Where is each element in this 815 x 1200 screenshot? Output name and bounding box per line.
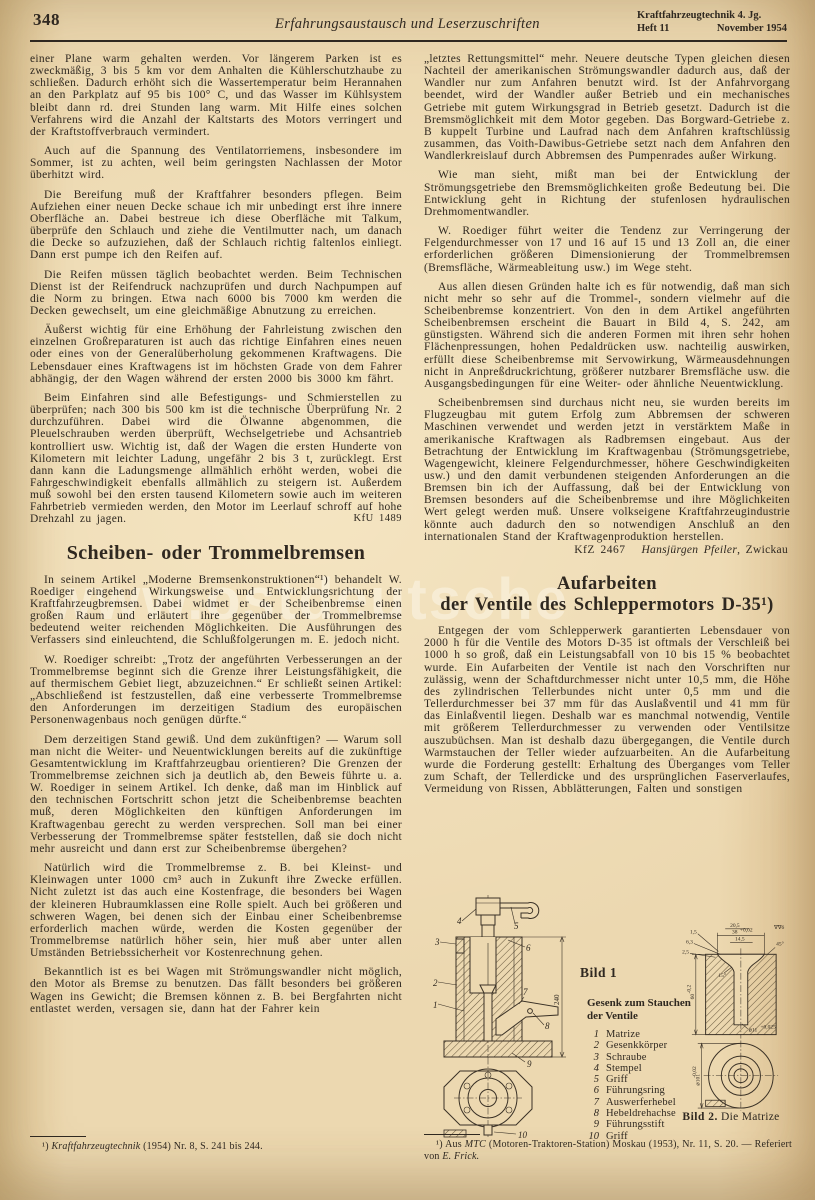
figure-block: 4 5 3 2 1 6 — [424, 893, 794, 1140]
paragraph: Die Reifen müssen täglich beobachtet wer… — [30, 269, 402, 318]
section-heading-brakes: Scheiben- oder Trommelbremsen — [30, 542, 402, 564]
paragraph: W. Roediger führt weiter die Tendenz zur… — [424, 225, 790, 274]
dim-240: 240 — [553, 994, 561, 1005]
callout-9: 9 — [527, 1059, 532, 1069]
column-right: „letztes Rettungsmittel“ mehr. Neuere de… — [424, 53, 790, 802]
legend-item: 6Führungsring — [584, 1085, 676, 1096]
author-city: , Zwickau — [737, 544, 788, 556]
author-name: Hansjürgen Pfeiler — [641, 544, 737, 556]
paragraph: Äußerst wichtig für eine Erhöhung der Fa… — [30, 324, 402, 385]
dim-60: 60 — [690, 994, 696, 1000]
surface-finish-mark: ∇∇6 — [773, 925, 784, 931]
callout-2: 2 — [433, 978, 438, 988]
dim-38: 38 — [732, 930, 738, 936]
footnote-right: ¹) Aus MTC (Motoren-Traktoren-Station) M… — [424, 1134, 792, 1163]
paragraph: Bekanntlich ist es bei Wagen mit Strömun… — [30, 966, 402, 1015]
legend-item: 7Auswerferhebel — [584, 1097, 676, 1108]
journal-page-scan: 348 Erfahrungsaustausch und Leserzuschri… — [0, 0, 815, 1200]
dim-6-3: 6,3 — [686, 940, 693, 946]
article-code-kfz: KfZ 2467 — [574, 544, 625, 556]
heading-line-2: der Ventile des Schleppermotors D-35¹) — [424, 595, 790, 616]
paragraph: Aus allen diesen Gründen halte ich es fü… — [424, 281, 790, 390]
dim-1-5: 1,5 — [690, 930, 697, 936]
legend-item: 2Gesenkkörper — [584, 1040, 676, 1051]
callout-4: 4 — [457, 916, 462, 926]
paragraph: „letztes Rettungsmittel“ mehr. Neuere de… — [424, 53, 790, 162]
dim-bore-tol: +0,025 — [760, 1025, 776, 1031]
paragraph: Die Bereifung muß der Kraftfahrer besond… — [30, 189, 402, 262]
heading-line-1: Aufarbeiten — [424, 574, 790, 595]
paragraph: In seinem Artikel „Moderne Bremsenkonstr… — [30, 574, 402, 647]
legend-item: 4Stempel — [584, 1063, 676, 1074]
dim-20-5: 20,5 — [730, 923, 740, 929]
callout-1: 1 — [433, 1000, 438, 1010]
paragraph: Entgegen der vom Schlepperwerk garantier… — [424, 625, 790, 795]
header-rule — [30, 40, 787, 42]
bild2-caption: Bild 2. Die Matrize — [668, 1111, 794, 1123]
dim-15deg: 15° — [718, 972, 726, 979]
paragraph: Auch auf die Spannung des Ventilatorriem… — [30, 145, 402, 181]
footnote-rule — [424, 1134, 480, 1135]
paragraph: Scheibenbremsen sind durchaus nicht neu,… — [424, 397, 790, 543]
dim-101-tol: -0,02 — [692, 1066, 698, 1078]
footnote-rule — [30, 1136, 86, 1137]
callout-6: 6 — [526, 943, 531, 953]
legend-item: 1Matrize — [584, 1029, 676, 1040]
callout-8: 8 — [545, 1021, 550, 1031]
dim-2-5: 2,5 — [682, 949, 689, 955]
dim-14-5: 14,5 — [735, 937, 745, 943]
issue-date: November 1954 — [717, 22, 787, 35]
paragraph: W. Roediger schreibt: „Trotz der angefüh… — [30, 654, 402, 727]
journal-name: Kraftfahrzeugtechnik 4. Jg. — [637, 9, 787, 22]
signature-line: KfZ 2467Hansjürgen Pfeiler, Zwickau — [424, 544, 788, 556]
paragraph: Wie man sieht, mißt man bei der Entwickl… — [424, 169, 790, 218]
footnote-left: ¹) Kraftfahrzeugtechnik (1954) Nr. 8, S.… — [30, 1136, 402, 1153]
legend-item: 5Griff — [584, 1074, 676, 1085]
dim-bore: ⌀11 — [749, 1028, 758, 1034]
dim-38-tol: +0,02 — [740, 927, 753, 933]
paragraph: Natürlich wird die Trommelbremse z. B. b… — [30, 862, 402, 959]
issue-info: Kraftfahrzeugtechnik 4. Jg. Heft 11 Nove… — [637, 9, 787, 35]
bild1-label: Bild 1 — [580, 965, 617, 981]
figure-legend: 1Matrize 2Gesenkkörper 3Schraube 4Stempe… — [584, 1029, 676, 1142]
legend-item: 8Hebeldrehachse — [584, 1108, 676, 1119]
paragraph: Dem derzeitigen Stand gewiß. Und dem zuk… — [30, 734, 402, 856]
section-heading-valves: Aufarbeiten der Ventile des Schleppermot… — [424, 574, 790, 616]
issue-number: Heft 11 — [637, 22, 669, 35]
bild1-drawing: 4 5 3 2 1 6 — [424, 893, 572, 1140]
callout-3: 3 — [434, 937, 440, 947]
callout-7: 7 — [523, 987, 528, 997]
paragraph: einer Plane warm gehalten werden. Vor lä… — [30, 53, 402, 138]
dim-45deg: 45° — [776, 940, 784, 947]
bild2-drawing: 20,5 38 +0,02 14,5 ∇∇6 45° 1,5 6,3 2,5 1… — [676, 921, 794, 1111]
legend-item: 9Führungsstift — [584, 1119, 676, 1130]
column-left: einer Plane warm gehalten werden. Vor lä… — [30, 53, 402, 1022]
dim-60-tol: -0,2 — [686, 985, 692, 994]
paragraph: Beim Einfahren sind alle Befestigungs- u… — [30, 392, 402, 526]
legend-item: 3Schraube — [584, 1052, 676, 1063]
